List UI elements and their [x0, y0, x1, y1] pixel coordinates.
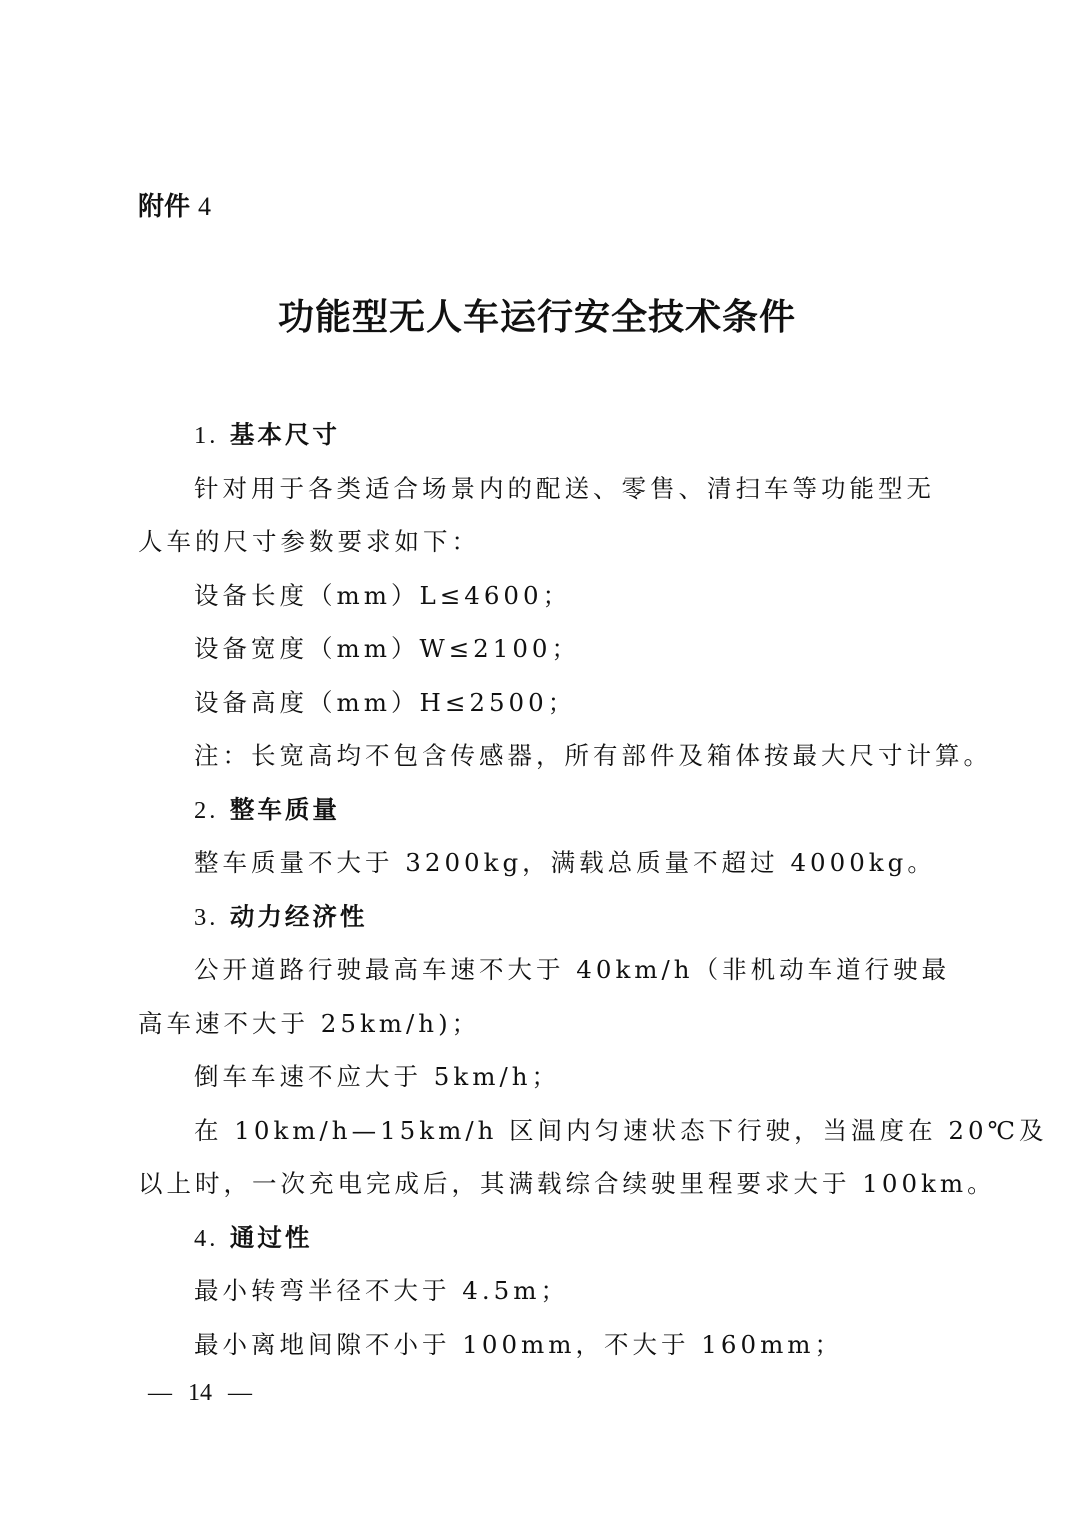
section-number: 2.: [194, 797, 218, 824]
paragraph-line: 设备宽度（mm）W≤2100；: [138, 622, 943, 676]
paragraph-line: 针对用于各类适合场景内的配送、零售、清扫车等功能型无: [138, 462, 943, 516]
footer-dash-right: —: [228, 1380, 252, 1406]
attachment-label: 附件4: [138, 190, 211, 224]
paragraph-line: 最小离地间隙不小于 100mm，不大于 160mm；: [138, 1318, 943, 1372]
section-heading-2: 2. 整车质量: [138, 783, 943, 837]
page-number: 14: [188, 1380, 212, 1406]
paragraph-line: 公开道路行驶最高车速不大于 40km/h（非机动车道行驶最: [138, 943, 943, 997]
document-page: 附件4 功能型无人车运行安全技术条件 1. 基本尺寸 针对用于各类适合场景内的配…: [0, 0, 1074, 1520]
section-title: 动力经济性: [230, 902, 368, 931]
section-heading-1: 1. 基本尺寸: [138, 408, 943, 462]
section-number: 4.: [194, 1225, 218, 1252]
note-line: 注：长宽高均不包含传感器，所有部件及箱体按最大尺寸计算。: [138, 729, 943, 783]
section-title: 整车质量: [230, 795, 340, 824]
footer-dash-left: —: [148, 1380, 172, 1406]
paragraph-line: 最小转弯半径不大于 4.5m；: [138, 1264, 943, 1318]
page-footer: —14—: [148, 1378, 268, 1408]
section-heading-3: 3. 动力经济性: [138, 890, 943, 944]
paragraph-line: 在 10km/h—15km/h 区间内匀速状态下行驶，当温度在 20℃及: [138, 1104, 943, 1158]
paragraph-line: 倒车车速不应大于 5km/h；: [138, 1050, 943, 1104]
document-title: 功能型无人车运行安全技术条件: [0, 292, 1074, 342]
paragraph-line: 以上时，一次充电完成后，其满载综合续驶里程要求大于 100km。: [138, 1157, 943, 1211]
paragraph-line: 设备长度（mm）L≤4600；: [138, 569, 943, 623]
paragraph-line: 整车质量不大于 3200kg，满载总质量不超过 4000kg。: [138, 836, 943, 890]
section-heading-4: 4. 通过性: [138, 1211, 943, 1265]
paragraph-line: 高车速不大于 25km/h)；: [138, 997, 943, 1051]
section-title: 通过性: [230, 1223, 313, 1252]
attachment-prefix: 附件: [138, 192, 190, 222]
paragraph-line: 人车的尺寸参数要求如下：: [138, 515, 943, 569]
section-number: 1.: [194, 422, 218, 449]
paragraph-line: 设备高度（mm）H≤2500；: [138, 676, 943, 730]
attachment-number: 4: [198, 192, 211, 221]
document-body: 1. 基本尺寸 针对用于各类适合场景内的配送、零售、清扫车等功能型无 人车的尺寸…: [138, 408, 943, 1371]
section-number: 3.: [194, 904, 218, 931]
section-title: 基本尺寸: [230, 420, 340, 449]
